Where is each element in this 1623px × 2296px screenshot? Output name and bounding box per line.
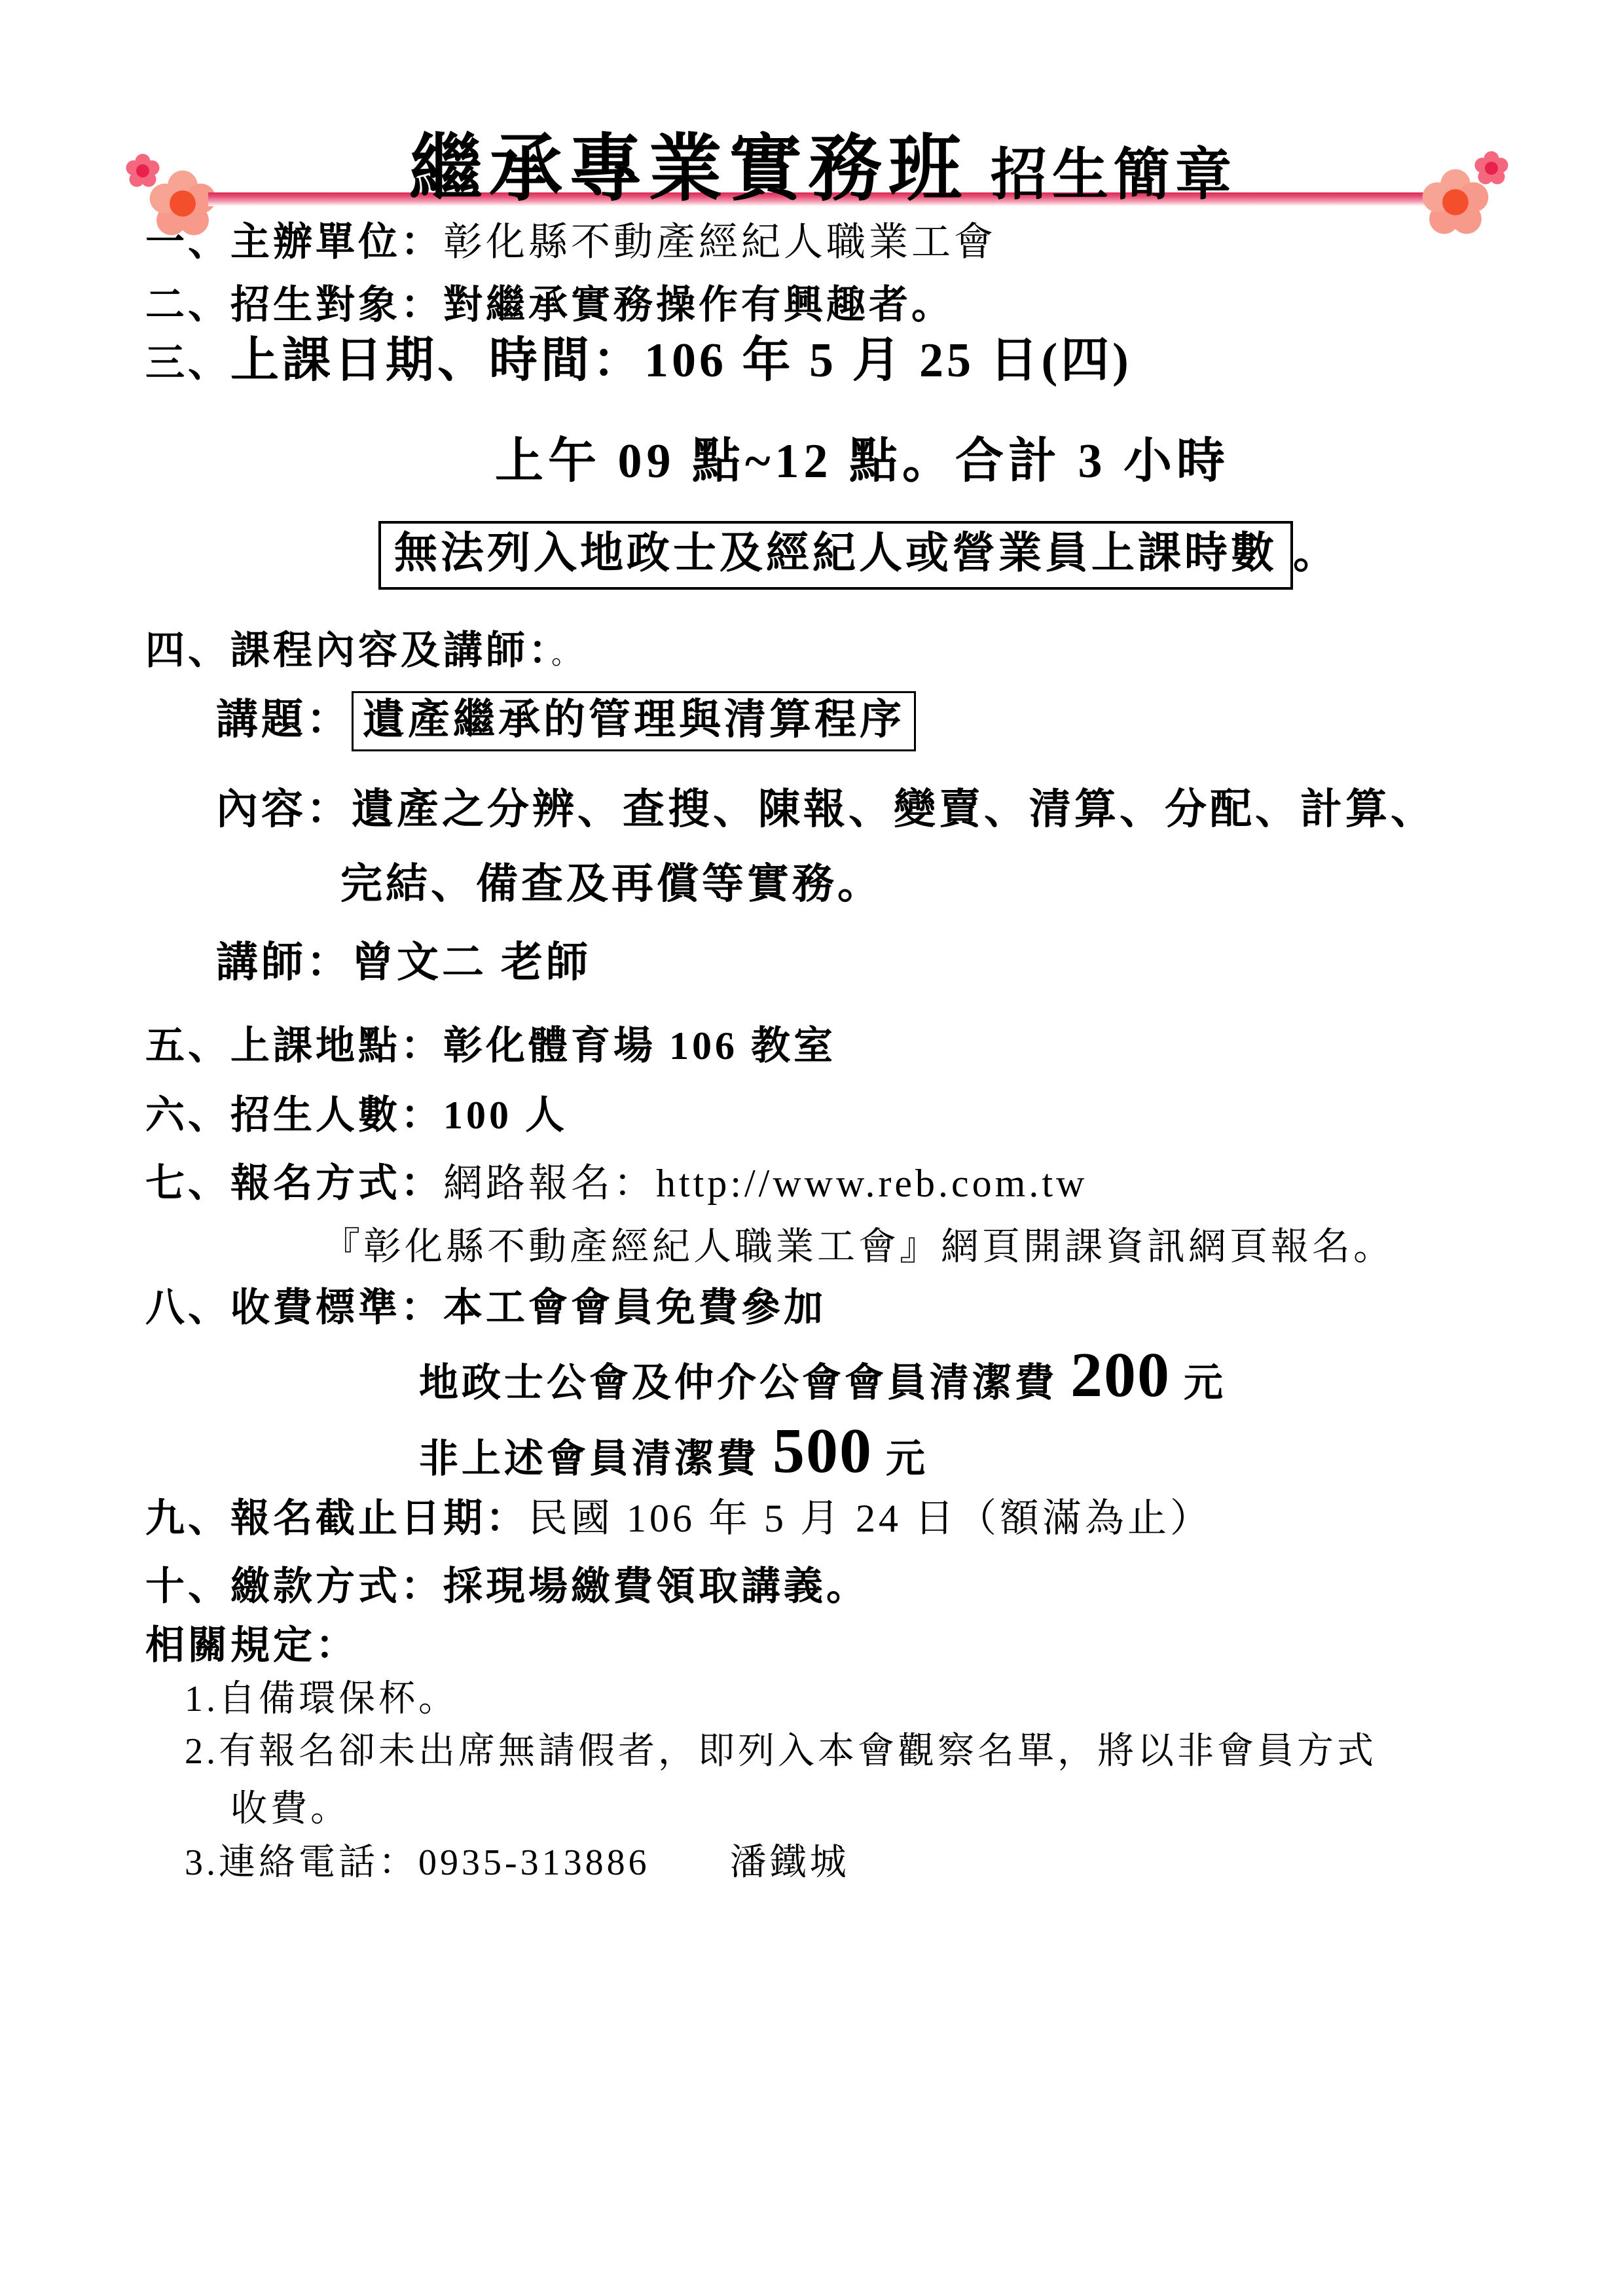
rule-item-1: 1.自備環保杯。 — [185, 1677, 458, 1721]
fee1-unit: 元 — [1171, 1361, 1226, 1405]
rule-item-2: 2.有報名卻未出席無請假者，即列入本會觀察名單，將以非會員方式 — [185, 1729, 1377, 1774]
registration-note-line: 『彰化縣不動產經紀人職業工會』網頁開課資訊網頁報名。 — [322, 1224, 1395, 1270]
title-sub: 招生簡章 — [991, 143, 1237, 206]
time-text: 上午 09 點~12 點。合計 3 小時 — [495, 435, 1230, 488]
capacity-line: 六、招生人數：100 人 — [145, 1092, 568, 1139]
audience-line: 二、招生對象：對繼承實務操作有興趣者。 — [145, 281, 954, 329]
rule-1-text: 1.自備環保杯。 — [185, 1679, 458, 1719]
audience-label: 二、招生對象： — [145, 283, 443, 327]
location-value: 彰化體育場 106 教室 — [443, 1024, 836, 1067]
rules-heading: 相關規定： — [145, 1624, 358, 1667]
registration-value: 網路報名：http://www.reb.com.tw — [443, 1162, 1087, 1205]
schedule-number: 三、 — [145, 342, 230, 385]
schedule-value: 106 年 5 月 25 日(四) — [644, 334, 1132, 387]
schedule-label: 上課日期、時間： — [230, 334, 644, 387]
registration-line: 七、報名方式：網路報名：http://www.reb.com.tw — [145, 1160, 1087, 1208]
time-line: 上午 09 點~12 點。合計 3 小時 — [495, 432, 1230, 491]
topic-boxed-text: 遺產繼承的管理與清算程序 — [352, 691, 916, 751]
course-line: 四、課程內容及講師：。 — [145, 627, 582, 675]
fees-value: 本工會會員免費參加 — [443, 1286, 826, 1329]
schedule-line: 三、上課日期、時間：106 年 5 月 25 日(四) — [145, 331, 1132, 390]
notice-boxed-text: 無法列入地政士及經紀人或營業員上課時數 — [378, 521, 1293, 590]
lecturer-line: 講師：曾文二 老師 — [216, 937, 591, 988]
fee2-line: 非上述會員清潔費 500 元 — [419, 1412, 928, 1491]
rules-heading-line: 相關規定： — [145, 1622, 358, 1670]
fee1-line: 地政士公會及仲介公會會員清潔費 200 元 — [419, 1336, 1226, 1415]
rule-item-3: 3.連絡電話：0935-313886 潘鐵城 — [185, 1840, 850, 1885]
notice-suffix: 。 — [1293, 529, 1340, 577]
fee1-text: 地政士公會及仲介公會會員清潔費 — [419, 1361, 1070, 1405]
fee1-amount: 200 — [1070, 1340, 1171, 1410]
course-label: 四、課程內容及講師： — [145, 629, 551, 672]
rule-2-text-cont: 收費。 — [230, 1789, 350, 1829]
deadline-label: 九、報名截止日期： — [145, 1497, 528, 1540]
registration-note: 『彰化縣不動產經紀人職業工會』網頁開課資訊網頁報名。 — [322, 1225, 1395, 1268]
flower-small-right-icon — [1472, 148, 1511, 187]
location-line: 五、上課地點：彰化體育場 106 教室 — [145, 1022, 836, 1070]
organizer-line: 一、主辦單位：彰化縣不動產經紀人職業工會 — [145, 219, 996, 266]
deadline-line: 九、報名截止日期：民國 106 年 5 月 24 日（額滿為止） — [145, 1495, 1213, 1543]
content-label: 內容： — [216, 786, 352, 833]
organizer-value: 彰化縣不動產經紀人職業工會 — [443, 221, 996, 264]
payment-line: 十、繳款方式：採現場繳費領取講義。 — [145, 1563, 869, 1611]
title-main: 繼承專業實務班 — [409, 129, 968, 210]
fee2-unit: 元 — [873, 1437, 928, 1480]
organizer-label: 一、主辦單位： — [145, 221, 443, 264]
location-label: 五、上課地點： — [145, 1024, 443, 1067]
course-suffix: 。 — [551, 640, 582, 670]
payment-label: 十、繳款方式： — [145, 1565, 443, 1608]
payment-value: 採現場繳費領取講義。 — [443, 1565, 869, 1608]
topic-line: 講題：遺產繼承的管理與清算程序 — [216, 691, 916, 751]
content-value-1: 遺產之分辨、查搜、陳報、變賣、清算、分配、計算、 — [352, 786, 1436, 833]
content-value-2: 完結、備查及再償等實務。 — [340, 861, 883, 907]
notice-line: 無法列入地政士及經紀人或營業員上課時數。 — [378, 521, 1340, 590]
fee2-text: 非上述會員清潔費 — [419, 1437, 773, 1480]
fees-line: 八、收費標準：本工會會員免費參加 — [145, 1284, 826, 1332]
page-title: 繼承專業實務班招生簡章 — [409, 110, 1237, 215]
rule-3-text: 3.連絡電話：0935-313886 潘鐵城 — [185, 1842, 850, 1883]
capacity-label: 六、招生人數： — [145, 1094, 443, 1137]
fees-label: 八、收費標準： — [145, 1286, 443, 1329]
deadline-value: 民國 106 年 5 月 24 日（額滿為止） — [528, 1497, 1213, 1540]
capacity-value: 100 人 — [443, 1094, 568, 1137]
registration-label: 七、報名方式： — [145, 1162, 443, 1205]
fee2-amount: 500 — [773, 1416, 873, 1486]
rule-2-text: 2.有報名卻未出席無請假者，即列入本會觀察名單，將以非會員方式 — [185, 1731, 1377, 1772]
content-line-1: 內容：遺產之分辨、查搜、陳報、變賣、清算、分配、計算、 — [216, 784, 1436, 835]
audience-value: 對繼承實務操作有興趣者。 — [443, 283, 954, 327]
lecturer-text: 講師：曾文二 老師 — [216, 939, 591, 986]
rule-item-2-cont: 收費。 — [230, 1787, 350, 1831]
document-page: 繼承專業實務班招生簡章 一、主辦單位：彰化縣不動產經紀人職業工會 二、招生對象：… — [0, 0, 1623, 2296]
content-line-2: 完結、備查及再償等實務。 — [340, 859, 883, 910]
topic-label: 講題： — [216, 696, 352, 743]
